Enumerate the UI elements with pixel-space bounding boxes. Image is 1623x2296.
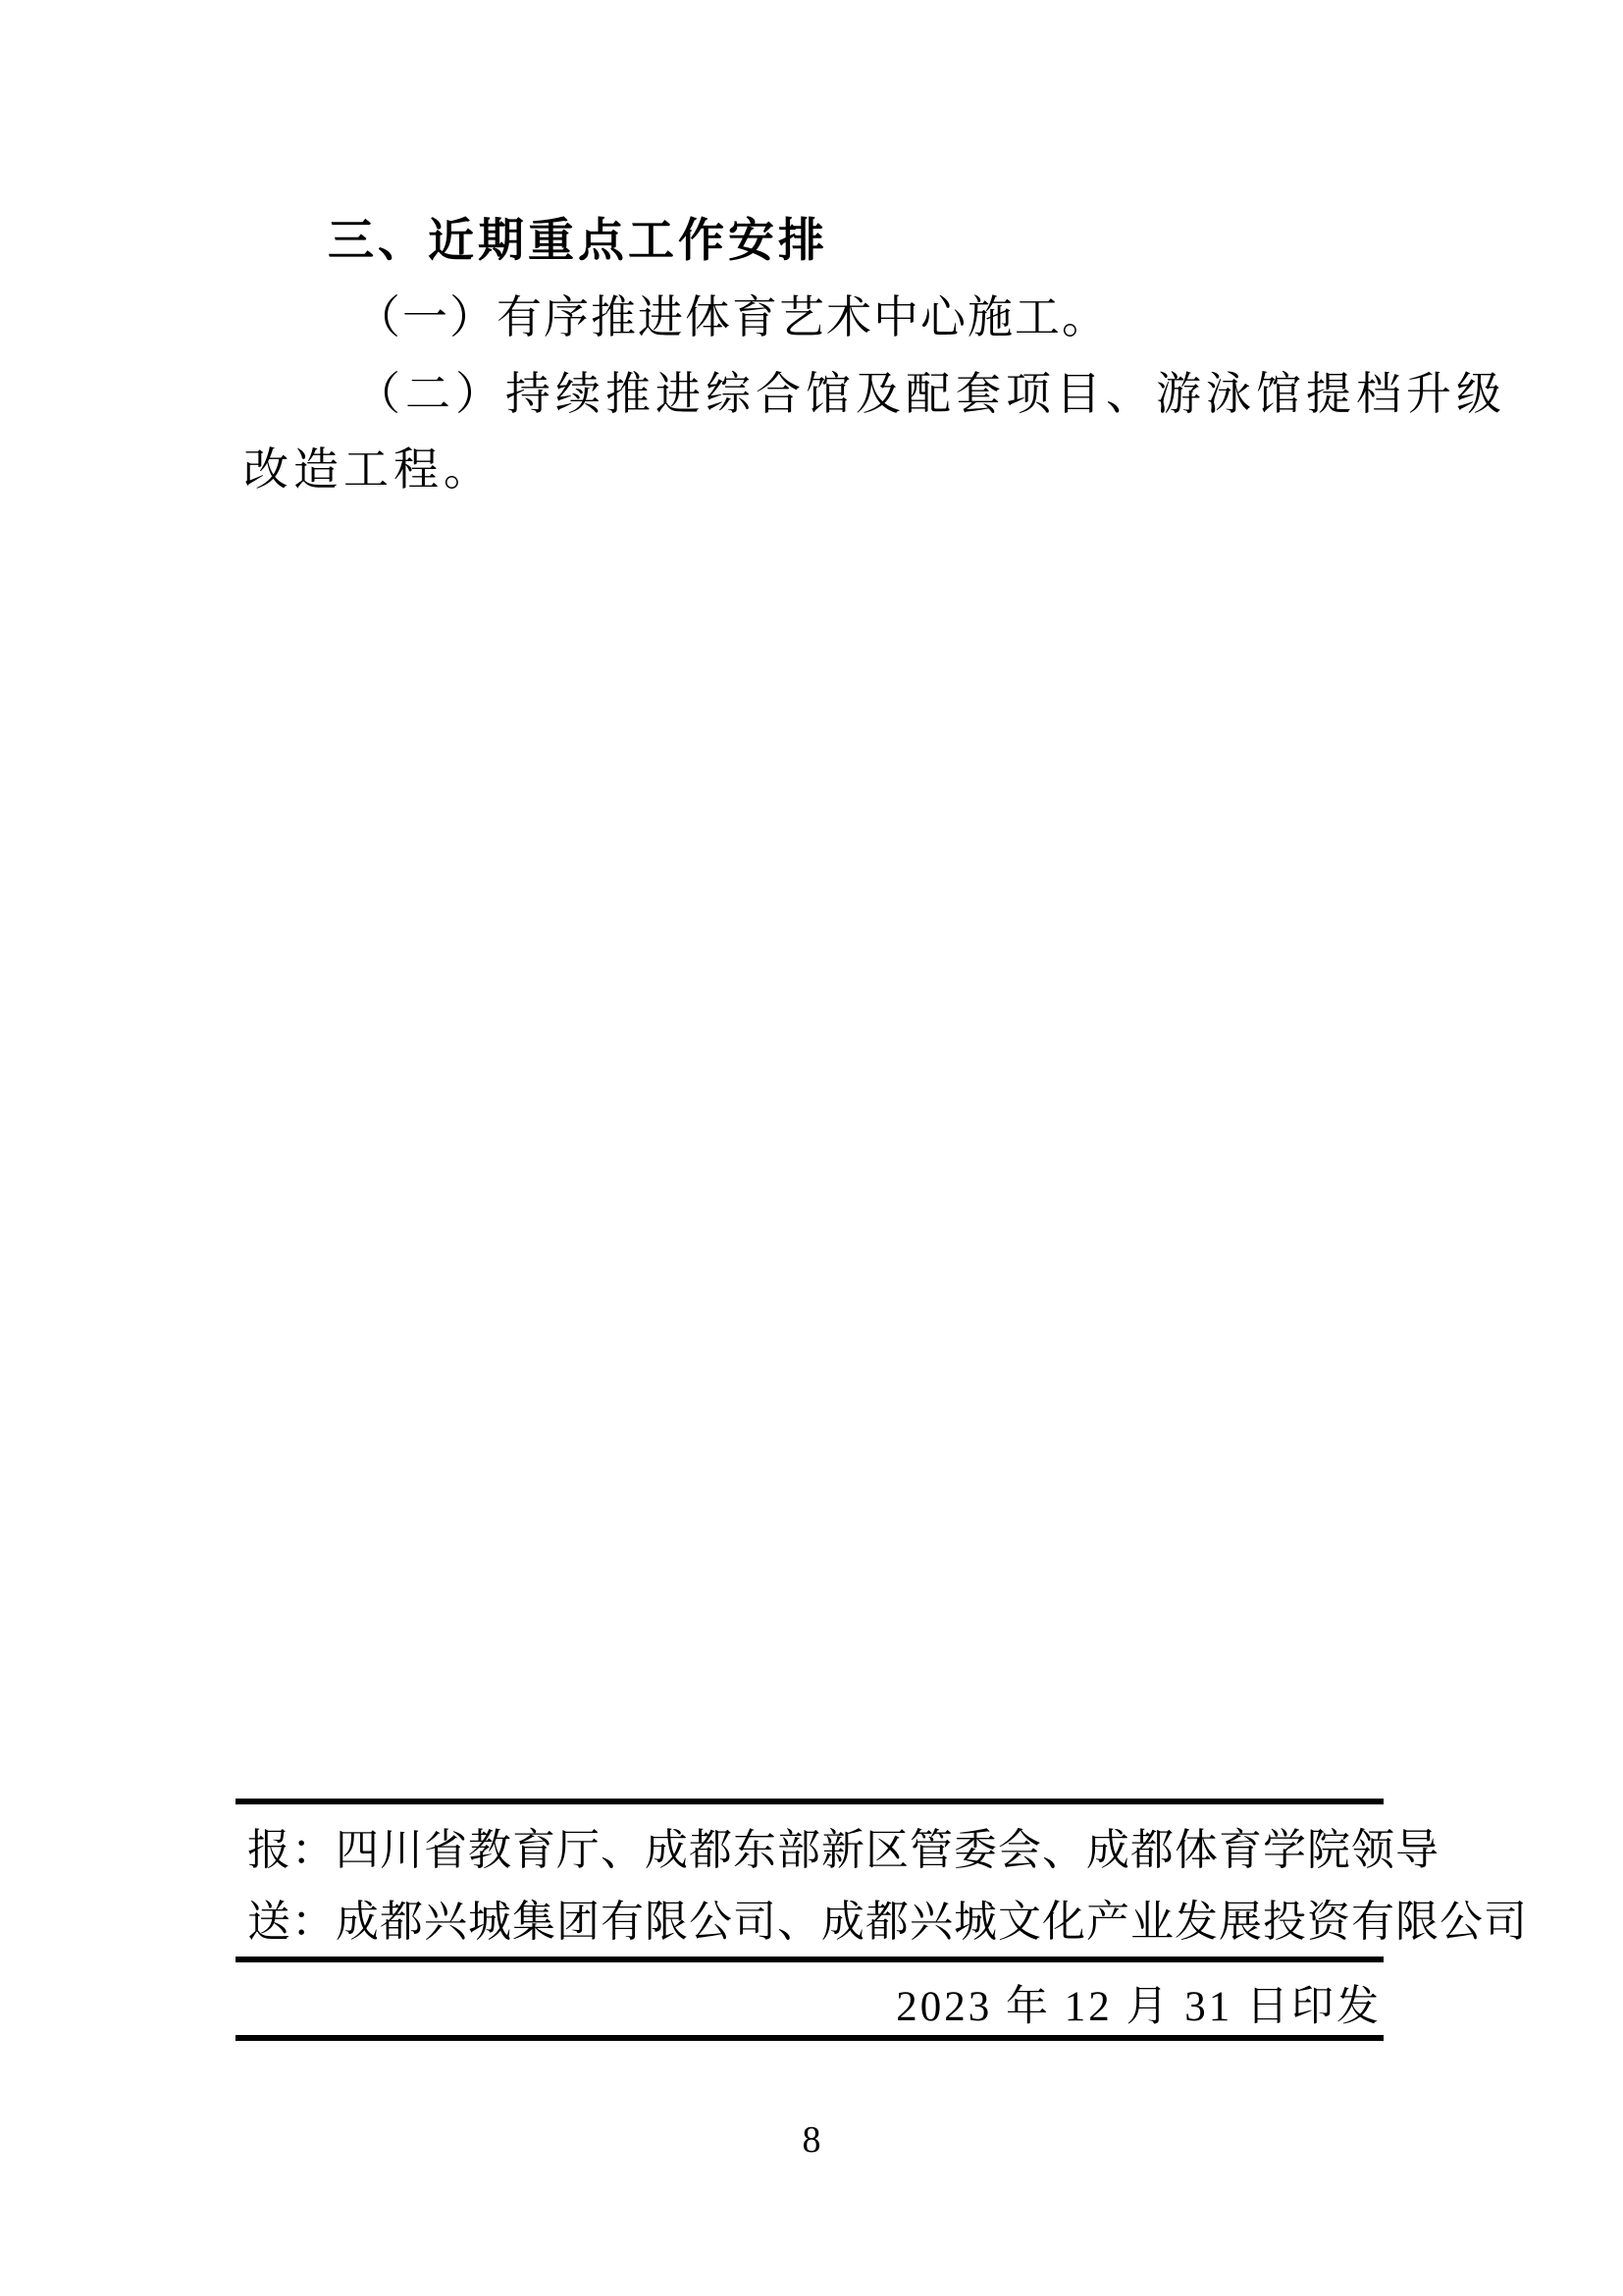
colophon-report-line: 报：四川省教育厅、成都东部新区管委会、成都体育学院领导 xyxy=(247,1829,1440,1872)
paragraph-line-2: （二）持续推进综合馆及配套项目、游泳馆提档升级 xyxy=(355,372,1506,417)
colophon-top-rule xyxy=(236,1799,1384,1804)
document-page: 三、近期重点工作安排 （一）有序推进体育艺术中心施工。 （二）持续推进综合馆及配… xyxy=(0,0,1623,2296)
page-number: 8 xyxy=(0,2121,1623,2159)
print-date: 2023 年 12 月 31 日印发 xyxy=(896,1986,1382,2028)
colophon-copy-line: 送：成都兴城集团有限公司、成都兴城文化产业发展投资有限公司 xyxy=(247,1901,1528,1944)
paragraph-line-1: （一）有序推进体育艺术中心施工。 xyxy=(355,295,1109,340)
colophon-middle-rule xyxy=(236,1957,1384,1962)
section-heading: 三、近期重点工作安排 xyxy=(328,217,828,263)
colophon-bottom-rule xyxy=(236,2035,1384,2041)
paragraph-line-3: 改造工程。 xyxy=(243,447,494,493)
